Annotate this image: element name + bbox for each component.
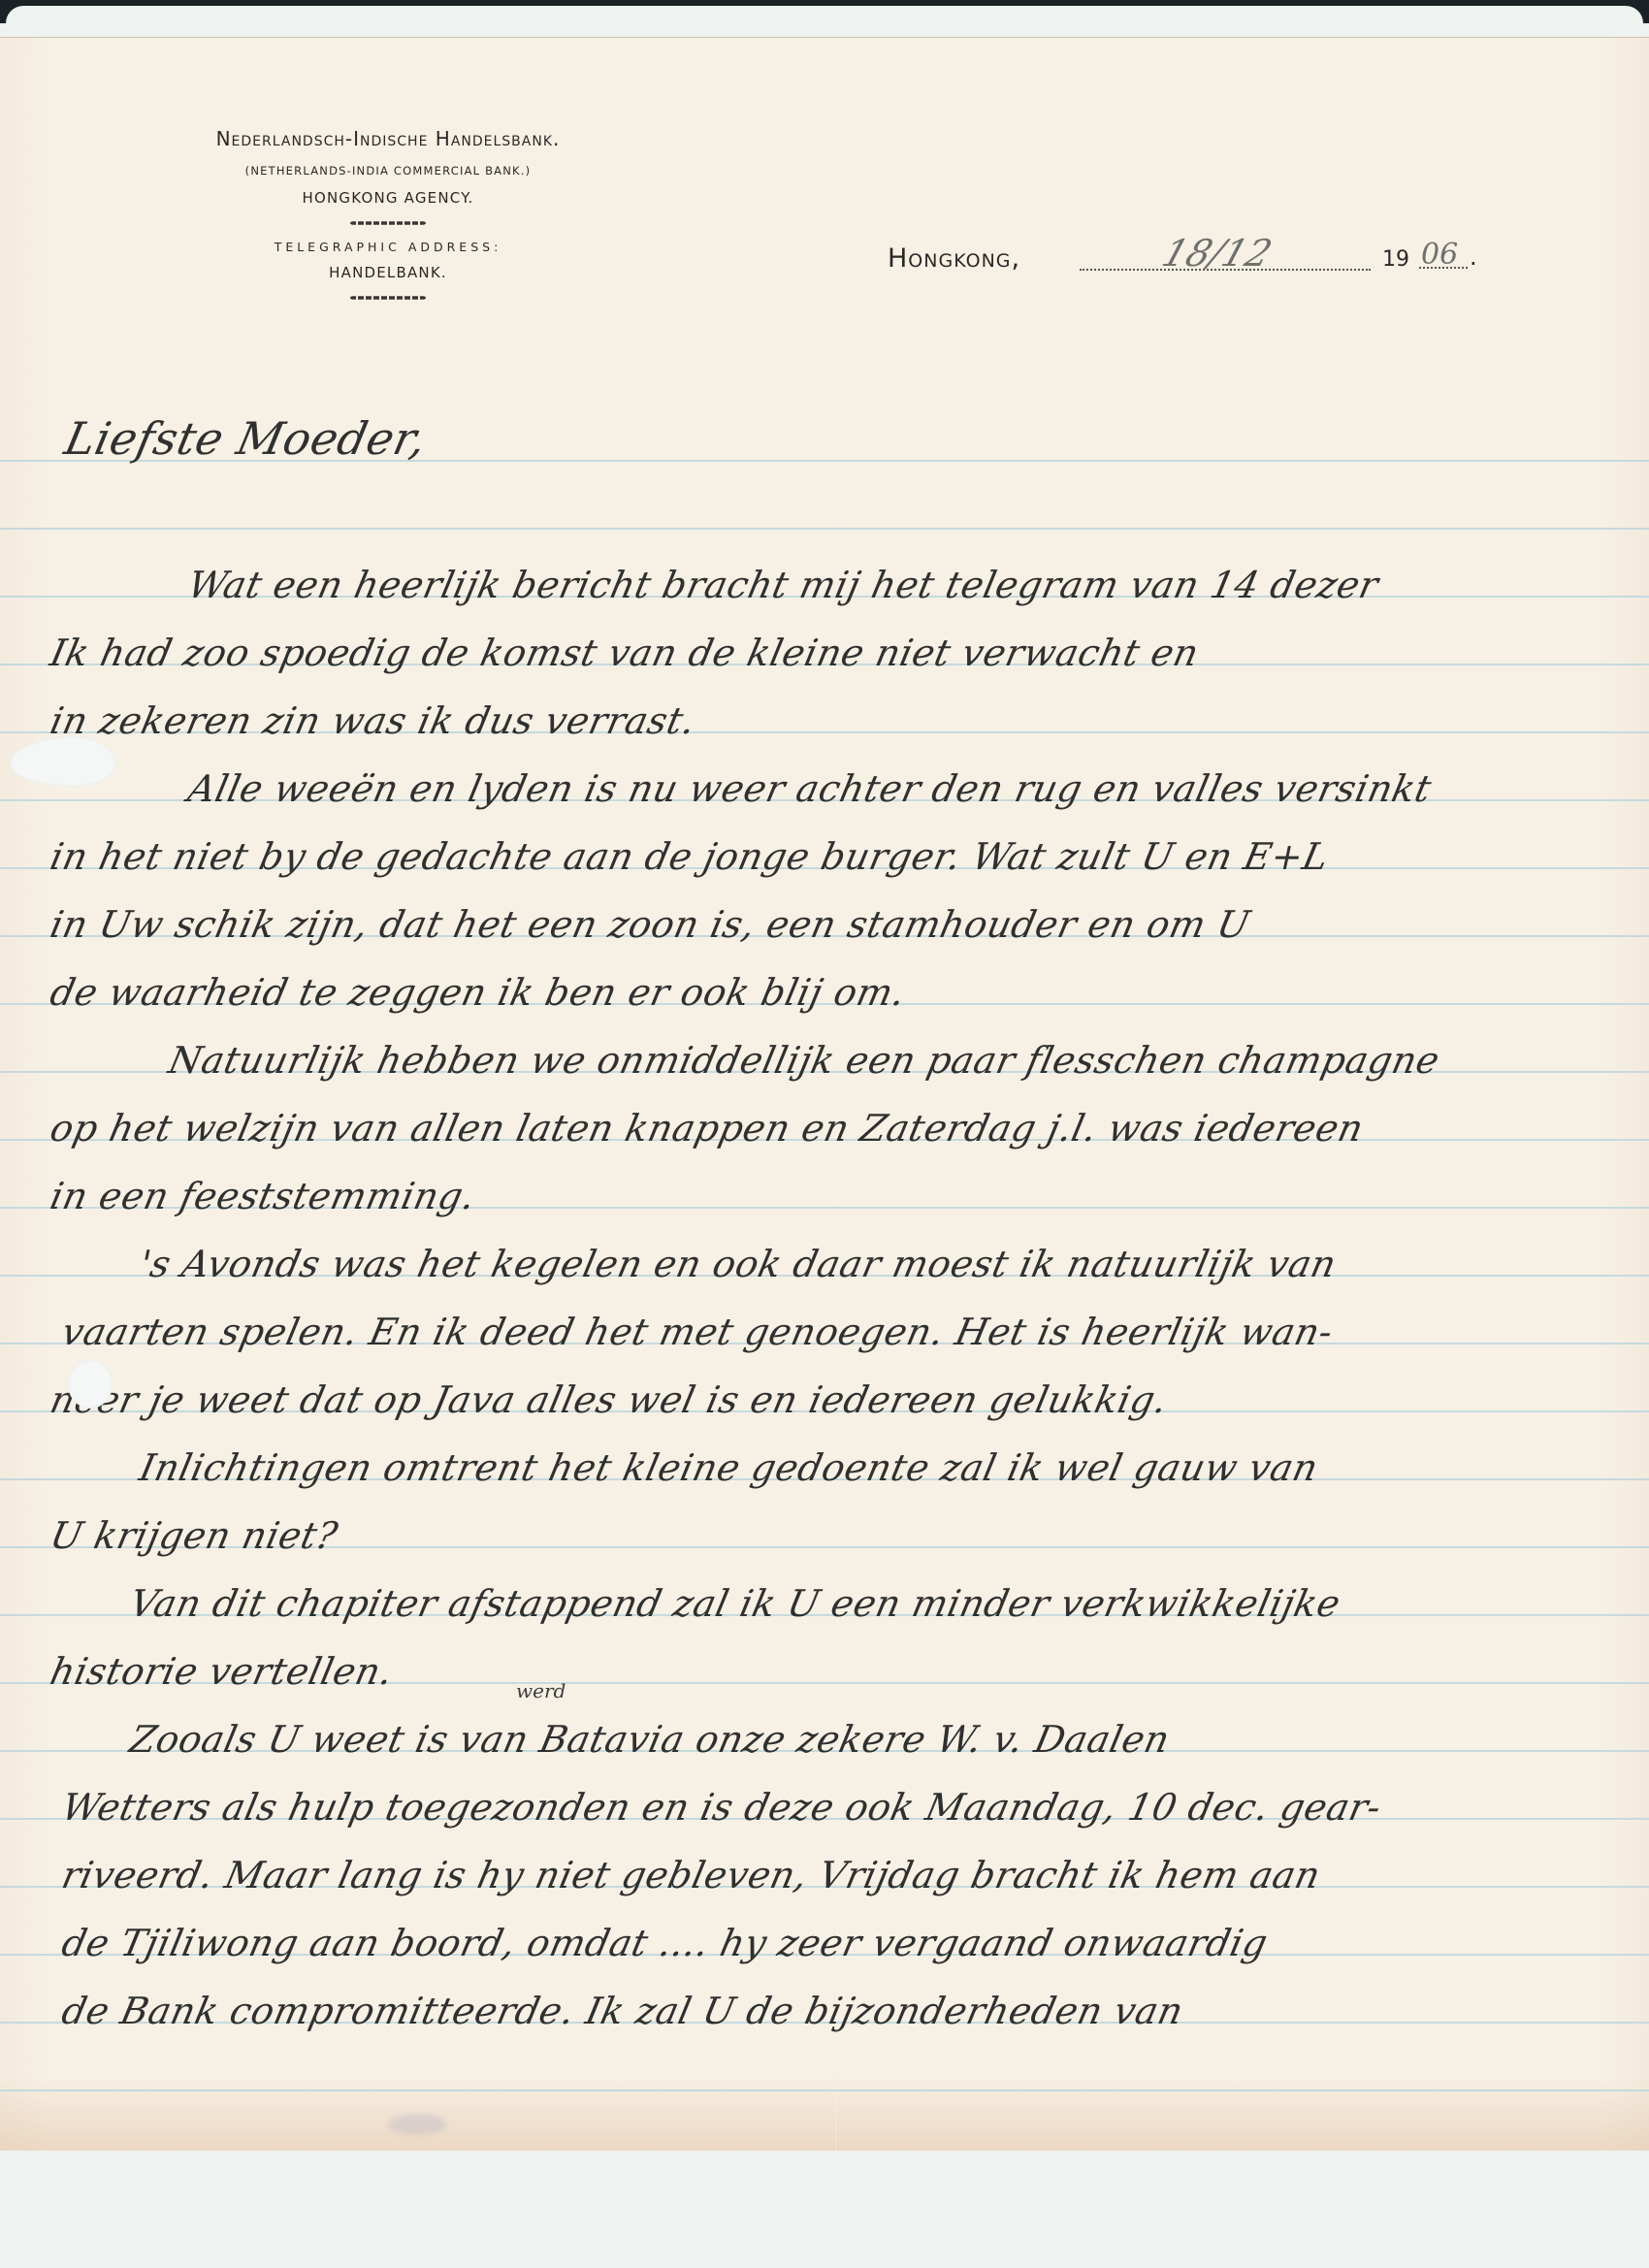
letter-line: in Uw schik zijn, dat het een zoon is, e… <box>47 903 1254 946</box>
letter-line: neer je weet dat op Java alles wel is en… <box>47 1378 1172 1421</box>
letter-line: Wat een heerlijk bericht bracht mij het … <box>184 564 1382 606</box>
letter-line: in zekeren zin was ik dus verrast. <box>47 699 699 742</box>
telegraphic-address: HANDELBANK. <box>97 264 679 281</box>
letter-line: op het welzijn van allen laten knappen e… <box>47 1107 1368 1150</box>
letter-paper: Nederlandsch-Indische Handelsbank. (NETH… <box>0 37 1649 2151</box>
letter-line: vaarten spelen. En ik deed het met genoe… <box>58 1311 1337 1353</box>
torn-punch-hole <box>10 736 116 787</box>
letter-line: Inlichtingen omtrent het kleine gedoente… <box>136 1446 1322 1489</box>
letter-line: Natuurlijk hebben we onmiddellijk een pa… <box>165 1039 1443 1082</box>
date-century: 19 <box>1382 247 1409 272</box>
letter-line: Zooals U weet is van Batavia onze zekere… <box>126 1718 1174 1761</box>
agency-name: HONGKONG AGENCY. <box>97 189 679 207</box>
ruled-line <box>0 2090 1649 2091</box>
letter-line: de waarheid te zeggen ik ben er ook blij… <box>47 971 910 1014</box>
scanner-corner-left <box>0 0 23 23</box>
inserted-word: werd <box>516 1679 566 1702</box>
letter-line: riveerd. Maar lang is hy niet gebleven, … <box>58 1854 1324 1896</box>
ornament-divider <box>350 221 426 225</box>
letter-line: 's Avonds was het kegelen en ook daar mo… <box>136 1243 1341 1285</box>
ornament-divider <box>350 296 426 300</box>
telegraphic-label: TELEGRAPHIC ADDRESS: <box>97 240 679 254</box>
ink-smudge <box>388 2114 446 2135</box>
letter-line: Van dit chapiter afstappend zal ik U een… <box>126 1582 1344 1625</box>
date-day-month: 18/12 <box>1157 232 1277 275</box>
bank-english-name: (NETHERLANDS-INDIA COMMERCIAL BANK.) <box>97 164 679 178</box>
letter-line: Wetters als hulp toegezonden en is deze … <box>58 1786 1385 1829</box>
scanner-corner-right <box>1626 0 1649 23</box>
letter-line: de Tjiliwong aan boord, omdat .... hy ze… <box>58 1922 1272 1964</box>
paper-fold-line <box>834 38 836 2151</box>
letter-line: in het niet by de gedachte aan de jonge … <box>47 835 1333 878</box>
letter-line: in een feeststemming. <box>47 1175 479 1217</box>
bank-name: Nederlandsch-Indische Handelsbank. <box>97 127 679 150</box>
date-period: . <box>1470 243 1477 271</box>
ruled-line <box>0 528 1649 530</box>
dateline: Hongkong, 18/12 19 06 . <box>888 238 1567 276</box>
letter-line: de Bank compromitteerde. Ik zal U de bij… <box>58 1990 1187 2032</box>
scanner-frame-edge <box>0 0 1649 6</box>
punch-hole <box>68 1360 113 1409</box>
letterhead: Nederlandsch-Indische Handelsbank. (NETH… <box>97 127 679 301</box>
letter-line: historie vertellen. <box>47 1650 397 1693</box>
letter-line: U krijgen niet? <box>47 1514 341 1557</box>
date-place: Hongkong, <box>888 243 1020 274</box>
letter-line: Ik had zoo spoedig de komst van de klein… <box>47 632 1203 674</box>
date-year-dotted-rule <box>1419 267 1468 269</box>
salutation: Liefste Moeder, <box>60 412 432 465</box>
letter-line: Alle weeën en lyden is nu weer achter de… <box>184 767 1436 810</box>
